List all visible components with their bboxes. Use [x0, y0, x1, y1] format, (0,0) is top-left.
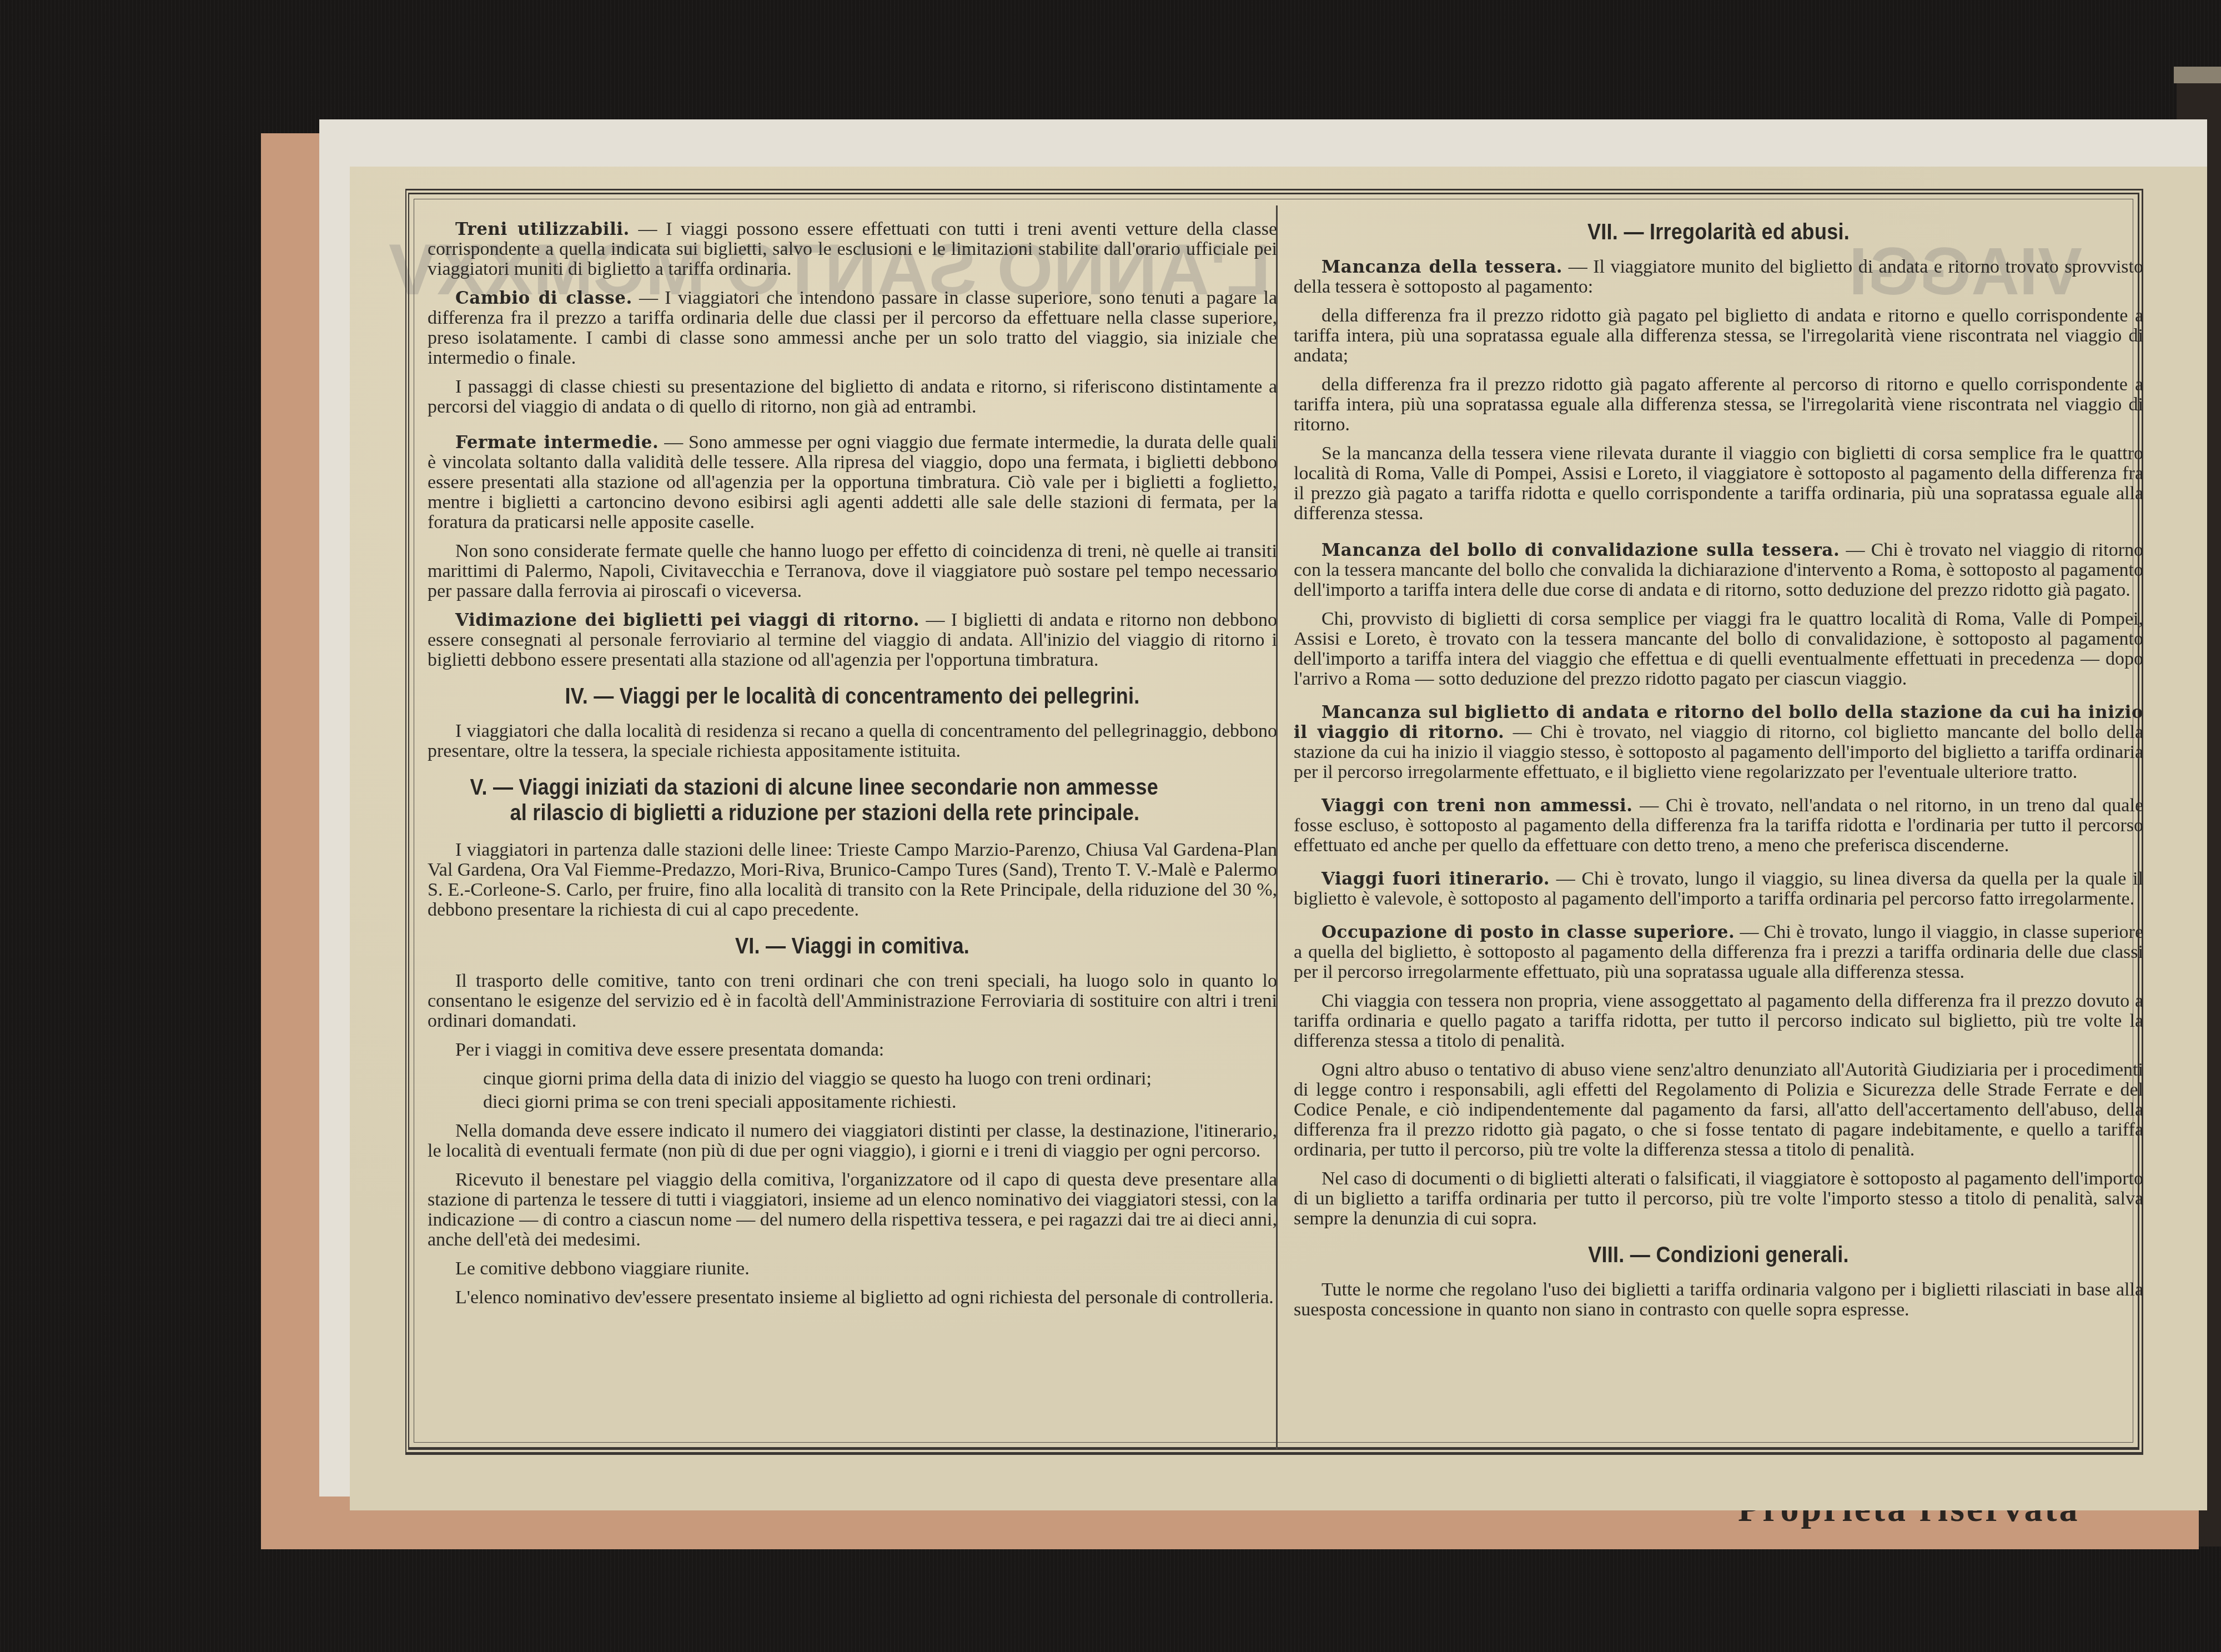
section-treni-non-ammessi: Viaggi con treni non ammessi. — Chi è tr…	[1294, 796, 2143, 856]
mancanza-tessera-paragraph: Se la mancanza della tessera viene rilev…	[1294, 444, 2143, 524]
mancanza-tessera-item-1: della differenza fra il prezzo ridotto g…	[1294, 306, 2143, 366]
right-column: VII. — Irregolarità ed abusi. Mancanza d…	[1294, 219, 2143, 1329]
paragraph-fermate-escluse: Non sono considerate fermate quelle che …	[428, 541, 1277, 601]
chapter-vi-paragraph-2: Per i viaggi in comitiva deve essere pre…	[428, 1040, 1277, 1060]
paragraph-altri-abusi: Ogni altro abuso o tentativo di abuso vi…	[1294, 1060, 2143, 1160]
chapter-vi-item-1: cinque giorni prima della data di inizio…	[428, 1069, 1277, 1089]
chapter-vi-item-2: dieci giorni prima se con treni speciali…	[428, 1092, 1277, 1112]
section-fuori-itinerario: Viaggi fuori itinerario. — Chi è trovato…	[1294, 869, 2143, 909]
paragraph-tessera-non-propria: Chi viaggia con tessera non propria, vie…	[1294, 991, 2143, 1051]
chapter-iv-paragraph: I viaggiatori che dalla località di resi…	[428, 721, 1277, 761]
chapter-vi-paragraph-3: Nella domanda deve essere indicato il nu…	[428, 1121, 1277, 1161]
chapter-v-paragraph: I viaggiatori in partenza dalle stazioni…	[428, 840, 1277, 920]
section-treni-utilizzabili: Treni utilizzabili. — I viaggi possono e…	[428, 219, 1277, 279]
chapter-vi-paragraph-5: Le comitive debbono viaggiare riunite.	[428, 1259, 1277, 1279]
section-mancanza-tessera: Mancanza della tessera. — Il viaggiatore…	[1294, 257, 2143, 297]
chapter-vi-paragraph-1: Il trasporto delle comitive, tanto con t…	[428, 971, 1277, 1031]
left-column: Treni utilizzabili. — I viaggi possono e…	[428, 219, 1277, 1317]
paragraph-documenti-alterati: Nel caso di documenti o di biglietti alt…	[1294, 1169, 2143, 1229]
section-mancanza-bollo-stazione: Mancanza sul biglietto di andata e ritor…	[1294, 702, 2143, 782]
chapter-viii-paragraph: Tutte le norme che regolano l'uso dei bi…	[1294, 1280, 2143, 1320]
section-classe-superiore: Occupazione di posto in classe superiore…	[1294, 922, 2143, 982]
chapter-v-title: V. — Viaggi iniziati da stazioni di alcu…	[470, 775, 1235, 826]
section-fermate-intermedie: Fermate intermedie. — Sono ammesse per o…	[428, 433, 1277, 533]
section-vidimazione: Vidimazione dei biglietti pei viaggi di …	[428, 610, 1277, 670]
chapter-vi-title: VI. — Viaggi in comitiva.	[470, 933, 1235, 959]
section-cambio-classe: Cambio di classe. — I viaggiatori che in…	[428, 288, 1277, 368]
mancanza-bollo-paragraph: Chi, provvisto di biglietti di corsa sem…	[1294, 609, 2143, 689]
section-mancanza-bollo: Mancanza del bollo di convalidazione sul…	[1294, 540, 2143, 600]
chapter-vi-paragraph-4: Ricevuto il benestare pel viaggio della …	[428, 1170, 1277, 1250]
book-page-stack	[2174, 67, 2221, 83]
chapter-vii-title: VII. — Irregolarità ed abusi.	[1336, 219, 2101, 245]
chapter-viii-title: VIII. — Condizioni generali.	[1336, 1242, 2101, 1268]
chapter-iv-title: IV. — Viaggi per le località di concentr…	[470, 684, 1235, 709]
chapter-vi-paragraph-6: L'elenco nominativo dev'essere presentat…	[428, 1288, 1277, 1308]
paragraph-passaggi-classe: I passaggi di classe chiesti su presenta…	[428, 377, 1277, 417]
mancanza-tessera-item-2: della differenza fra il prezzo ridotto g…	[1294, 375, 2143, 435]
